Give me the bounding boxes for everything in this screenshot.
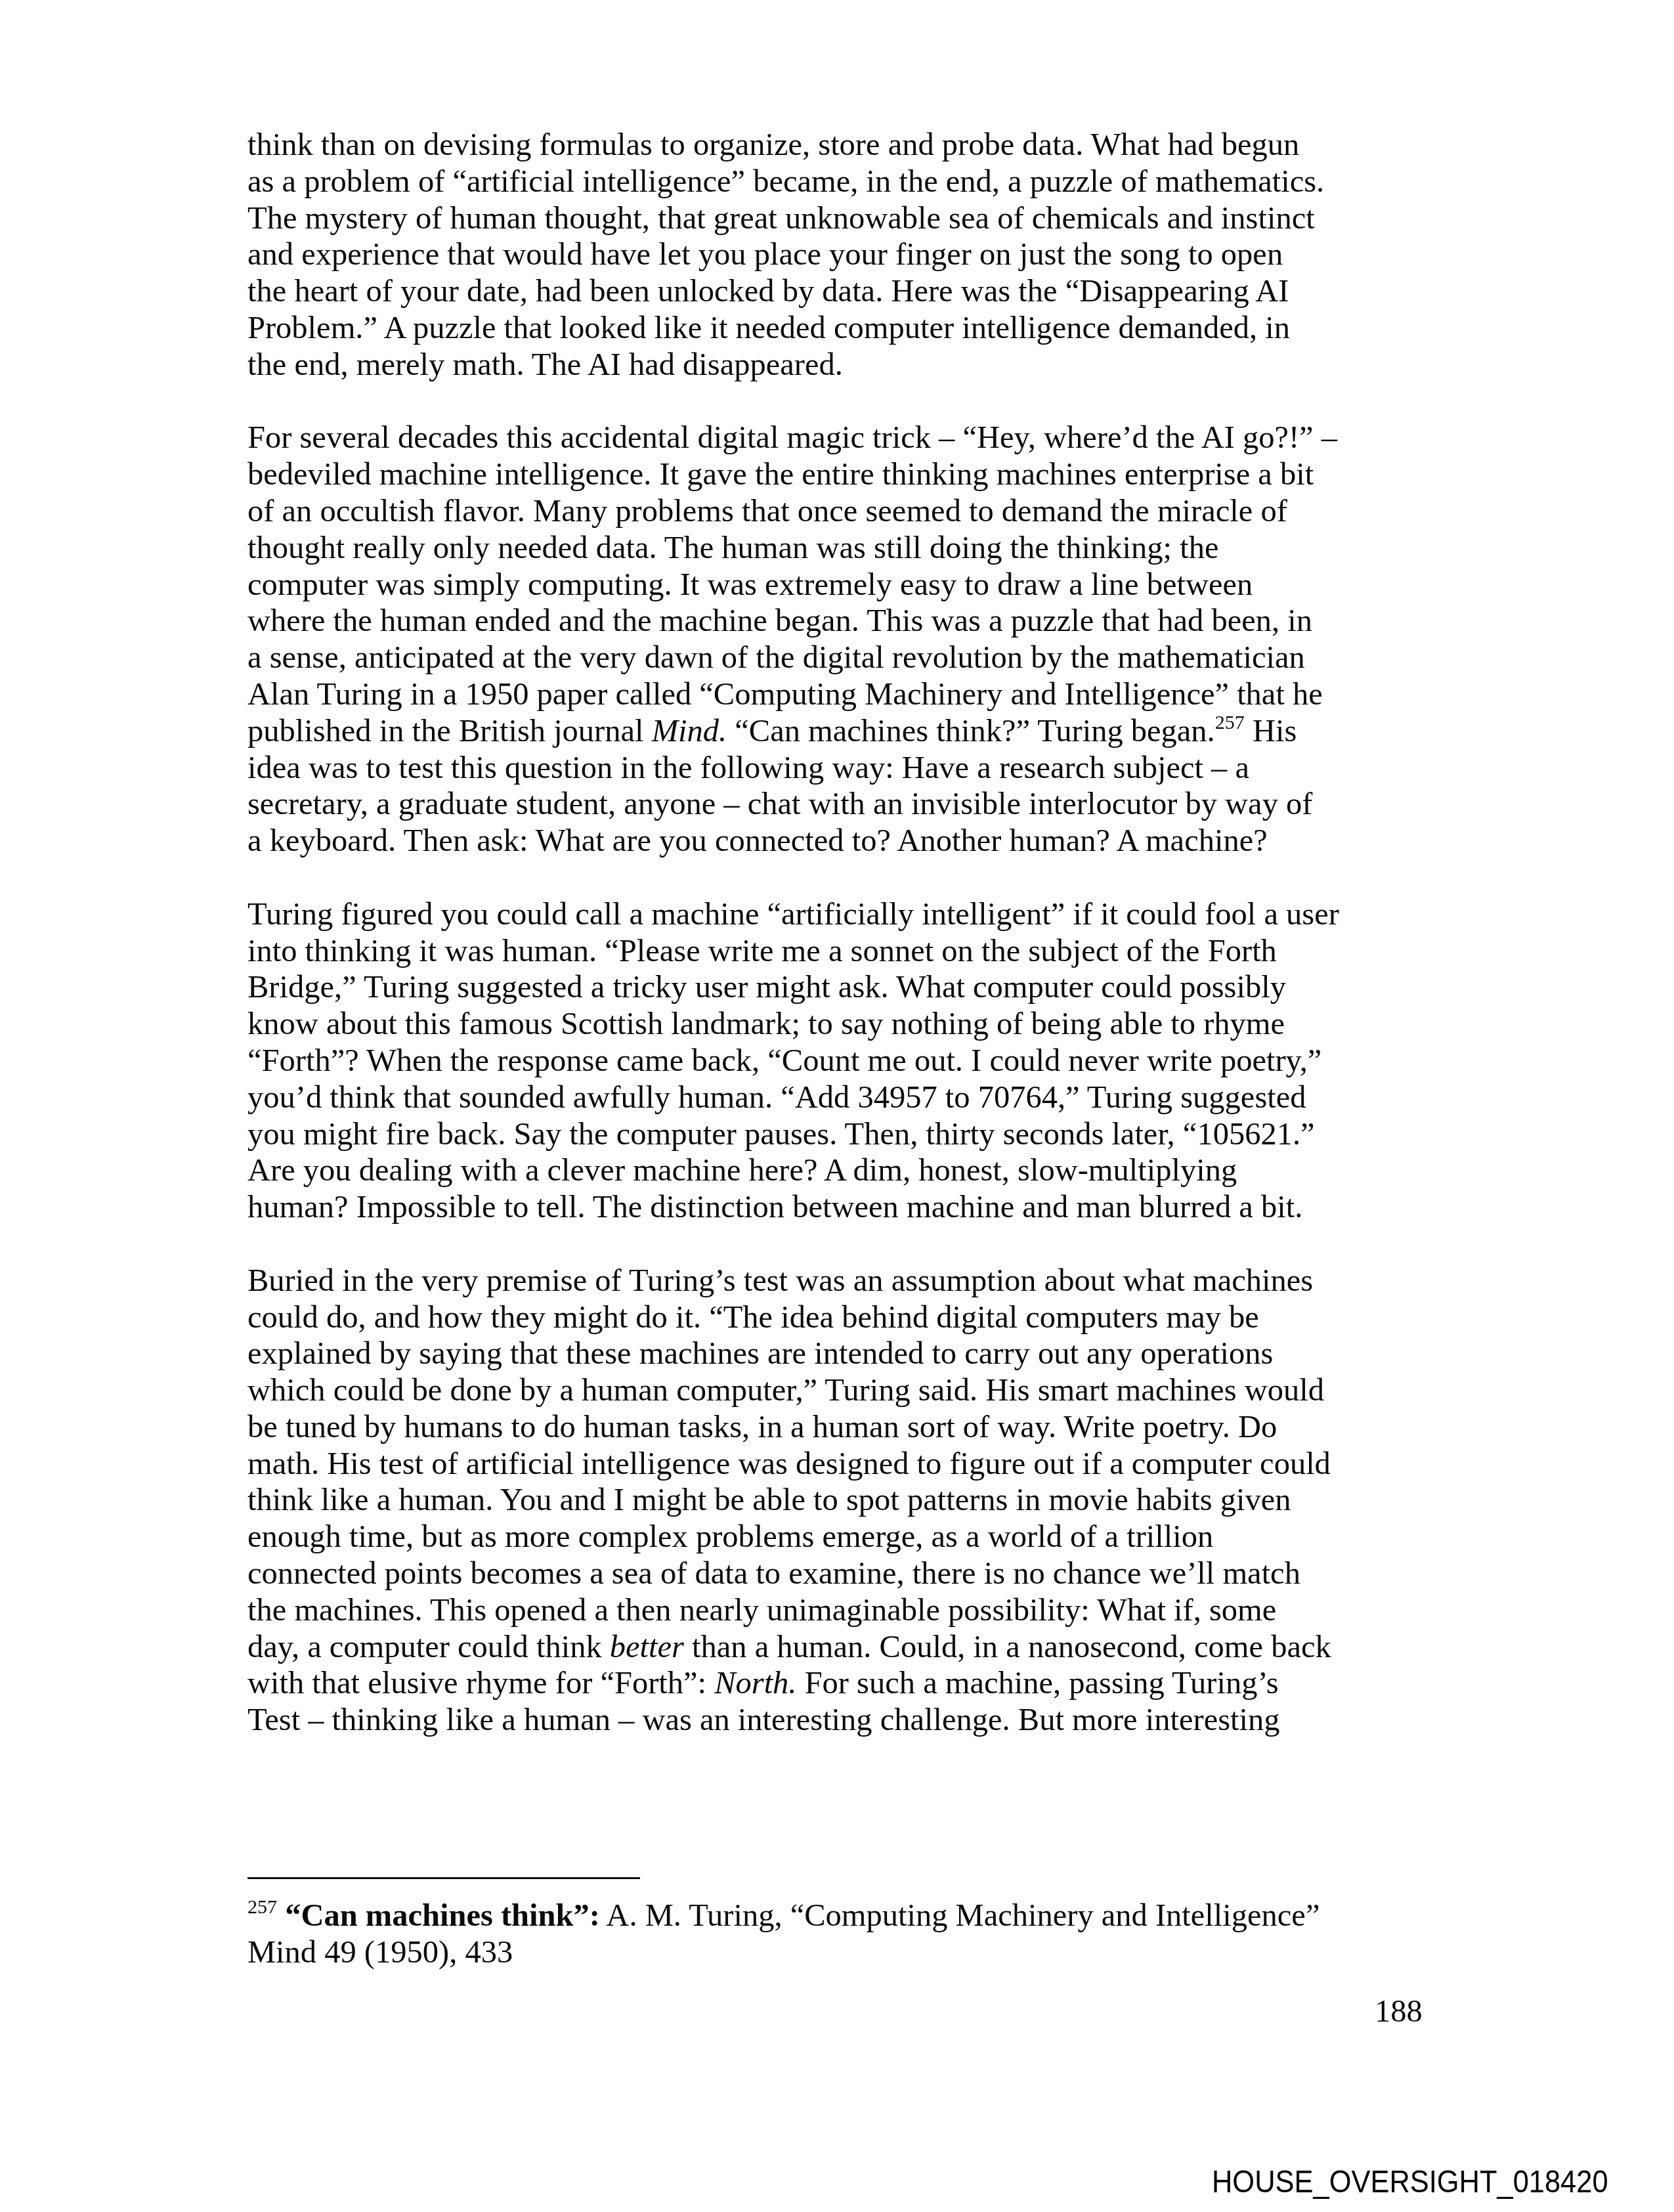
text-run: thought really only needed data. The hum… xyxy=(247,531,1218,565)
text-run: Mind 49 (1950), 433 xyxy=(247,1935,513,1970)
text-line: the heart of your date, had been unlocke… xyxy=(247,273,1429,310)
page-number: 188 xyxy=(1375,1993,1423,2030)
text-line: you’d think that sounded awfully human. … xyxy=(247,1079,1429,1116)
text-line: Are you dealing with a clever machine he… xyxy=(247,1152,1429,1189)
text-run: as a problem of “artificial intelligence… xyxy=(247,164,1324,199)
text-run: connected points becomes a sea of data t… xyxy=(247,1556,1300,1591)
text-line: connected points becomes a sea of data t… xyxy=(247,1555,1429,1592)
text-line: thought really only needed data. The hum… xyxy=(247,530,1429,567)
paragraph: think than on devising formulas to organ… xyxy=(247,127,1429,383)
text-line: Test – thinking like a human – was an in… xyxy=(247,1702,1429,1739)
text-run: “Can machines think?” Turing began. xyxy=(727,714,1215,748)
text-line: human? Impossible to tell. The distincti… xyxy=(247,1189,1429,1226)
text-line: day, a computer could think better than … xyxy=(247,1629,1429,1666)
text-line: as a problem of “artificial intelligence… xyxy=(247,163,1429,200)
text-line: idea was to test this question in the fo… xyxy=(247,750,1429,787)
text-line: which could be done by a human computer,… xyxy=(247,1372,1429,1409)
text-line: with that elusive rhyme for “Forth”: Nor… xyxy=(247,1665,1429,1702)
text-run: the machines. This opened a then nearly … xyxy=(247,1593,1276,1628)
italic-text: Mind. xyxy=(652,714,727,748)
text-run: know about this famous Scottish landmark… xyxy=(247,1007,1285,1041)
text-run: with that elusive rhyme for “Forth”: xyxy=(247,1666,714,1701)
text-run: explained by saying that these machines … xyxy=(247,1336,1273,1371)
text-run: a keyboard. Then ask: What are you conne… xyxy=(247,823,1268,858)
text-line: the end, merely math. The AI had disappe… xyxy=(247,347,1429,383)
text-run: a sense, anticipated at the very dawn of… xyxy=(247,640,1305,675)
text-run: day, a computer could think xyxy=(247,1630,610,1664)
text-run: and experience that would have let you p… xyxy=(247,237,1283,272)
text-line: Alan Turing in a 1950 paper called “Comp… xyxy=(247,676,1429,713)
text-line: where the human ended and the machine be… xyxy=(247,603,1429,640)
text-line: know about this famous Scottish landmark… xyxy=(247,1006,1429,1043)
text-line: be tuned by humans to do human tasks, in… xyxy=(247,1409,1429,1446)
text-line: math. His test of artificial intelligenc… xyxy=(247,1446,1429,1483)
text-run: which could be done by a human computer,… xyxy=(247,1373,1324,1408)
text-line: the machines. This opened a then nearly … xyxy=(247,1592,1429,1629)
footnote-257: 257 “Can machines think”: A. M. Turing, … xyxy=(247,1897,1429,1970)
text-run: computer was simply computing. It was ex… xyxy=(247,567,1253,602)
text-line: Problem.” A puzzle that looked like it n… xyxy=(247,310,1429,347)
text-run: Buried in the very premise of Turing’s t… xyxy=(247,1263,1313,1298)
text-line: could do, and how they might do it. “The… xyxy=(247,1299,1429,1336)
text-run: Problem.” A puzzle that looked like it n… xyxy=(247,311,1290,345)
text-line: a keyboard. Then ask: What are you conne… xyxy=(247,823,1429,859)
text-line: think than on devising formulas to organ… xyxy=(247,127,1429,163)
text-run: the end, merely math. The AI had disappe… xyxy=(247,347,843,382)
footnotes: 257 “Can machines think”: A. M. Turing, … xyxy=(247,1897,1429,1970)
text-line: think like a human. You and I might be a… xyxy=(247,1482,1429,1519)
text-line: published in the British journal Mind. “… xyxy=(247,713,1429,750)
text-run: Turing figured you could call a machine … xyxy=(247,897,1339,932)
footnote-line: Mind 49 (1950), 433 xyxy=(247,1934,1429,1970)
text-run: you’d think that sounded awfully human. … xyxy=(247,1080,1306,1115)
text-line: into thinking it was human. “Please writ… xyxy=(247,933,1429,970)
footnote-line: 257 “Can machines think”: A. M. Turing, … xyxy=(247,1897,1429,1934)
text-line: “Forth”? When the response came back, “C… xyxy=(247,1043,1429,1079)
italic-text: better xyxy=(610,1630,684,1664)
footnote-separator-rule xyxy=(247,1877,640,1879)
italic-text: North. xyxy=(714,1666,796,1701)
text-line: explained by saying that these machines … xyxy=(247,1335,1429,1372)
text-line: and experience that would have let you p… xyxy=(247,236,1429,273)
text-run: human? Impossible to tell. The distincti… xyxy=(247,1190,1302,1225)
text-run: idea was to test this question in the fo… xyxy=(247,750,1249,785)
text-run: Alan Turing in a 1950 paper called “Comp… xyxy=(247,677,1323,712)
text-run: secretary, a graduate student, anyone – … xyxy=(247,787,1312,821)
footnote-reference: 257 xyxy=(1215,711,1245,733)
text-run: Test – thinking like a human – was an in… xyxy=(247,1702,1280,1737)
text-run: where the human ended and the machine be… xyxy=(247,603,1312,638)
text-line: For several decades this accidental digi… xyxy=(247,420,1429,456)
bold-text: “Can machines think”: xyxy=(285,1898,600,1933)
text-run: published in the British journal xyxy=(247,714,652,748)
text-run: A. M. Turing, “Computing Machinery and I… xyxy=(600,1898,1320,1933)
text-line: enough time, but as more complex problem… xyxy=(247,1519,1429,1555)
text-run: than a human. Could, in a nanosecond, co… xyxy=(684,1630,1331,1664)
text-run: For such a machine, passing Turing’s xyxy=(797,1666,1279,1701)
text-line: Bridge,” Turing suggested a tricky user … xyxy=(247,969,1429,1006)
paragraph: Buried in the very premise of Turing’s t… xyxy=(247,1263,1429,1739)
paragraph: For several decades this accidental digi… xyxy=(247,420,1429,859)
text-run: Bridge,” Turing suggested a tricky user … xyxy=(247,970,1286,1005)
text-run: the heart of your date, had been unlocke… xyxy=(247,274,1289,309)
text-line: a sense, anticipated at the very dawn of… xyxy=(247,640,1429,676)
text-run: into thinking it was human. “Please writ… xyxy=(247,934,1277,968)
text-run: The mystery of human thought, that great… xyxy=(247,201,1315,236)
text-run: bedeviled machine intelligence. It gave … xyxy=(247,457,1314,492)
text-line: Turing figured you could call a machine … xyxy=(247,896,1429,933)
text-run: be tuned by humans to do human tasks, in… xyxy=(247,1410,1277,1444)
text-run: could do, and how they might do it. “The… xyxy=(247,1300,1259,1335)
text-line: bedeviled machine intelligence. It gave … xyxy=(247,456,1429,493)
paragraph: Turing figured you could call a machine … xyxy=(247,896,1429,1226)
body-text: think than on devising formulas to organ… xyxy=(247,127,1429,1775)
text-run xyxy=(277,1898,285,1933)
bates-stamp: HOUSE_OVERSIGHT_018420 xyxy=(1212,2164,1608,2201)
text-run: you might fire back. Say the computer pa… xyxy=(247,1117,1315,1152)
text-run: “Forth”? When the response came back, “C… xyxy=(247,1043,1321,1078)
document-page: think than on devising formulas to organ… xyxy=(0,0,1674,2212)
text-line: secretary, a graduate student, anyone – … xyxy=(247,786,1429,823)
text-line: computer was simply computing. It was ex… xyxy=(247,567,1429,603)
text-run: Are you dealing with a clever machine he… xyxy=(247,1153,1237,1188)
text-run: For several decades this accidental digi… xyxy=(247,420,1337,455)
text-line: The mystery of human thought, that great… xyxy=(247,200,1429,237)
text-run: math. His test of artificial intelligenc… xyxy=(247,1446,1331,1481)
text-run: enough time, but as more complex problem… xyxy=(247,1519,1213,1554)
footnote-reference: 257 xyxy=(247,1896,277,1918)
text-run: of an occultish flavor. Many problems th… xyxy=(247,494,1287,529)
text-line: of an occultish flavor. Many problems th… xyxy=(247,493,1429,530)
text-line: you might fire back. Say the computer pa… xyxy=(247,1116,1429,1153)
text-run: His xyxy=(1245,714,1297,748)
text-line: Buried in the very premise of Turing’s t… xyxy=(247,1263,1429,1299)
text-run: think like a human. You and I might be a… xyxy=(247,1483,1291,1517)
text-run: think than on devising formulas to organ… xyxy=(247,127,1299,162)
